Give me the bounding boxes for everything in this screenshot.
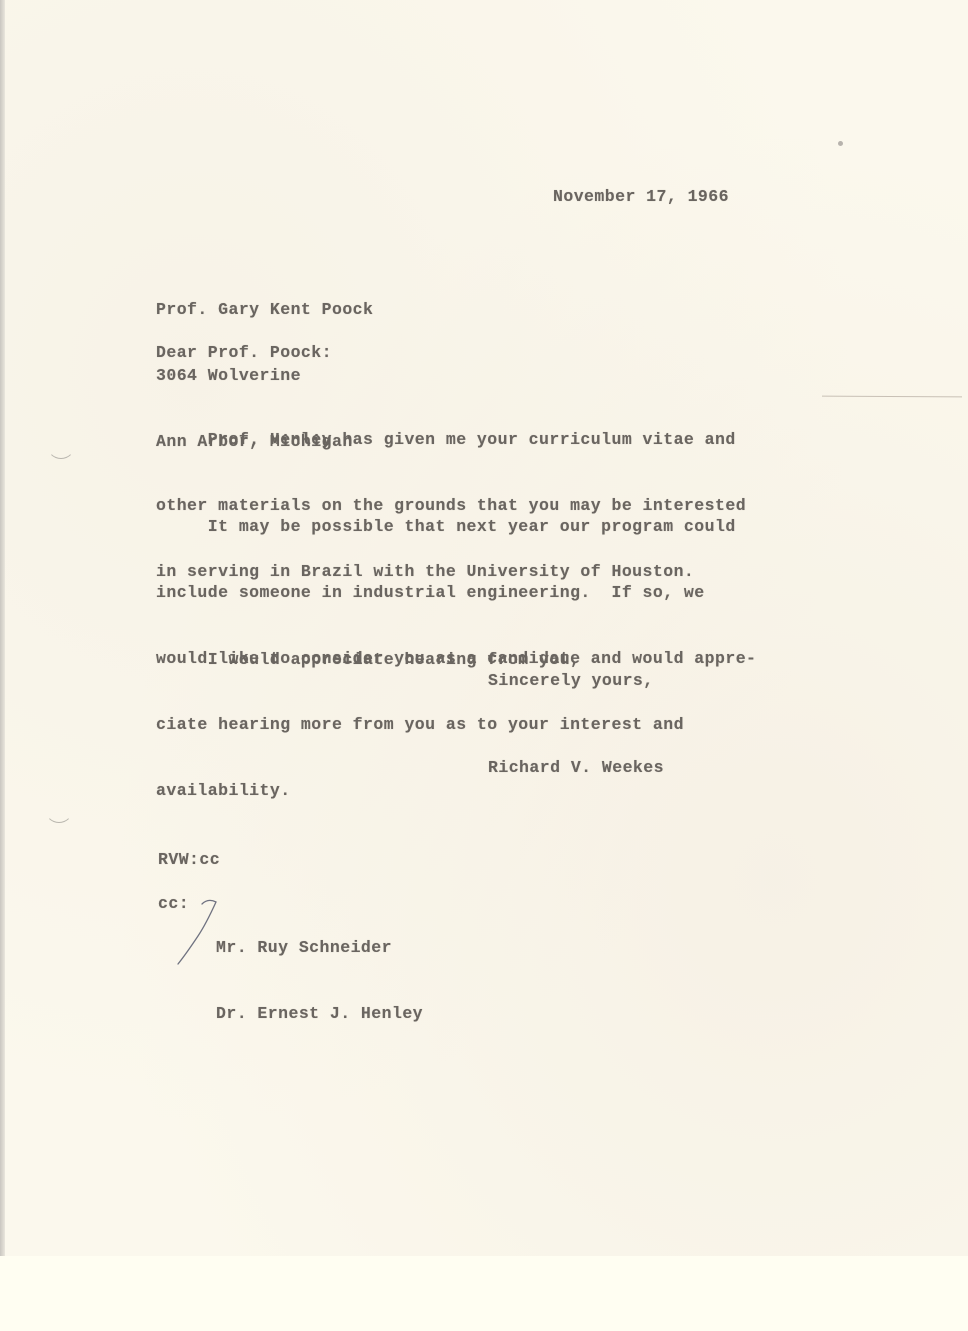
paragraph-line: It may be possible that next year our pr… (156, 516, 756, 538)
pencil-check-mark-icon (172, 894, 218, 966)
cc-recipient-list: Mr. Ruy Schneider Dr. Ernest J. Henley (216, 893, 423, 1069)
recipient-name: Prof. Gary Kent Poock (156, 299, 373, 321)
page-edge-shadow (0, 0, 5, 1256)
paragraph-line: availability. (156, 780, 756, 802)
body-paragraph-3: I would appreciate hearing from you, (156, 605, 580, 715)
reference-initials: RVW:cc (158, 849, 220, 871)
paragraph-line: I would appreciate hearing from you, (156, 649, 580, 671)
letter-page: November 17, 1966 Prof. Gary Kent Poock … (0, 0, 968, 1256)
paragraph-line: ciate hearing more from you as to your i… (156, 714, 756, 736)
cc-recipient: Dr. Ernest J. Henley (216, 1003, 423, 1025)
signer-name: Richard V. Weekes (488, 757, 664, 779)
letter-date: November 17, 1966 (553, 186, 729, 208)
recipient-street: 3064 Wolverine (156, 365, 373, 387)
scan-bottom-margin (0, 1256, 968, 1331)
punch-hole-mark-lower (45, 796, 73, 823)
cc-recipient: Mr. Ruy Schneider (216, 937, 423, 959)
paragraph-line: include someone in industrial engineerin… (156, 582, 756, 604)
paper-crease-line (822, 396, 962, 398)
punch-hole-mark-upper (47, 432, 75, 459)
ink-speck (838, 141, 843, 146)
complimentary-close: Sincerely yours, (488, 670, 654, 692)
salutation: Dear Prof. Poock: (156, 342, 332, 364)
paragraph-line: Prof. Henley has given me your curriculu… (156, 429, 746, 451)
